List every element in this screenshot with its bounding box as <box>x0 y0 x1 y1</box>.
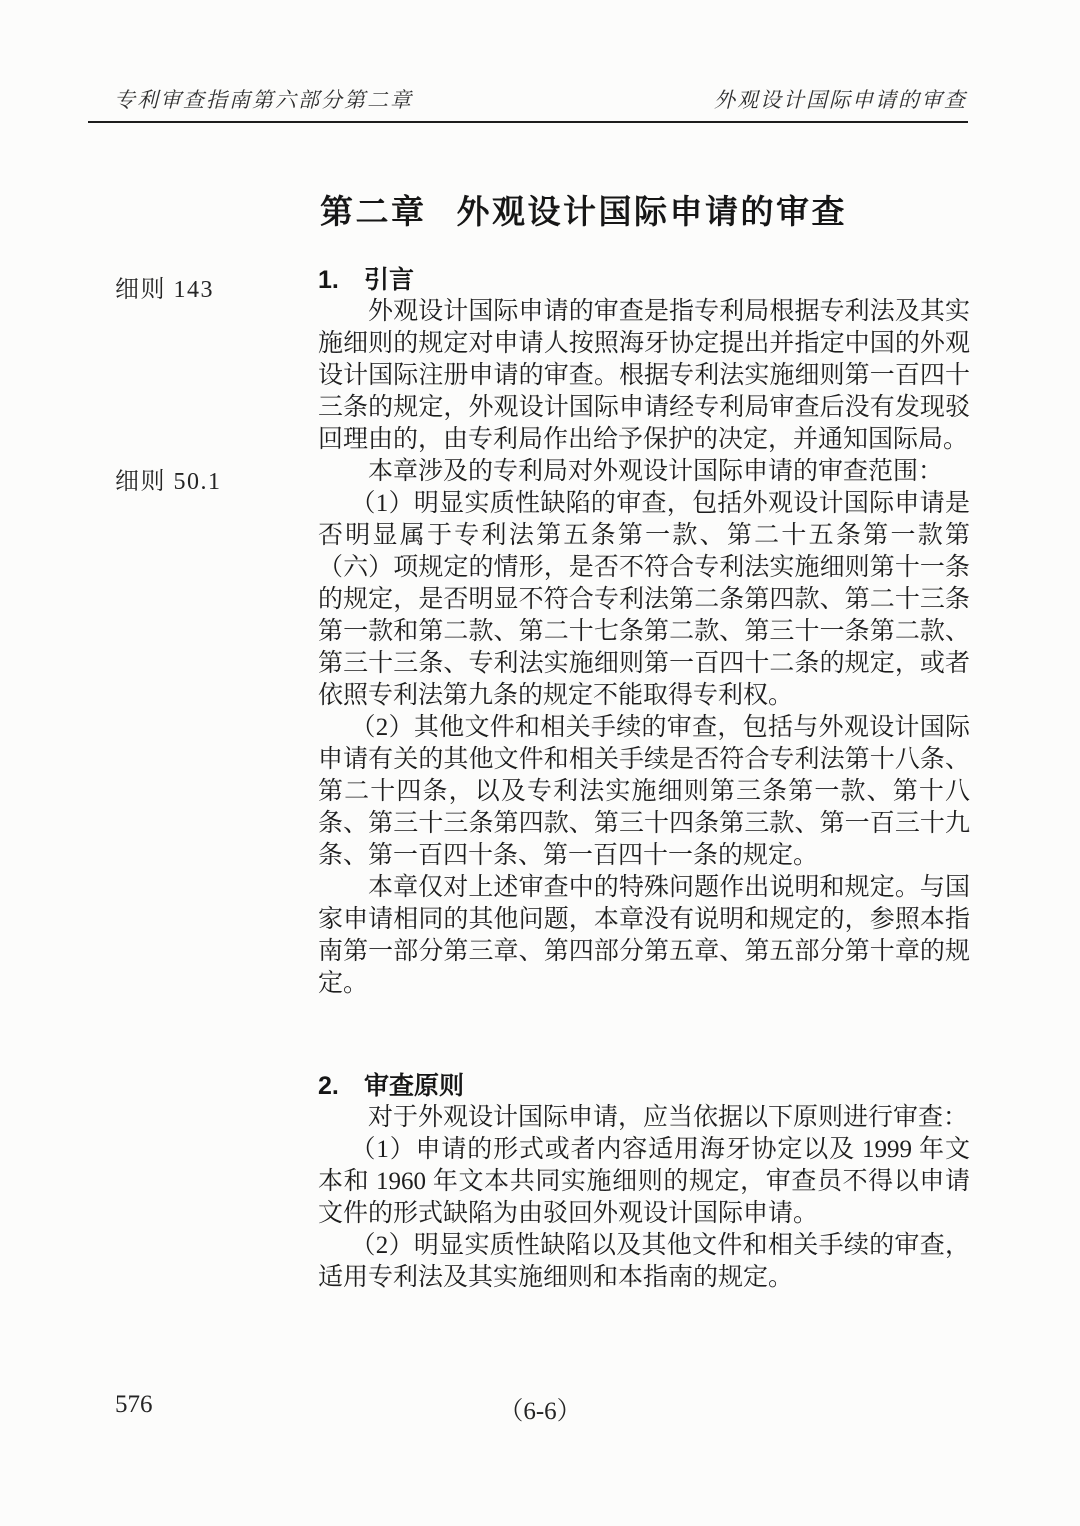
running-header: 专利审查指南第六部分第二章 外观设计国际申请的审查 <box>88 84 968 123</box>
footer-sheet-label: （6-6） <box>0 1391 1080 1427</box>
body-paragraph: 外观设计国际申请的审查是指专利局根据专利法及其实施细则的规定对申请人按照海牙协定… <box>318 296 970 456</box>
chapter-title-text: 外观设计国际申请的审查 <box>457 193 848 230</box>
margin-note-rule-143: 细则 143 <box>115 269 214 304</box>
section-2-title: 审查原则 <box>364 1070 464 1102</box>
section-2-number: 2. <box>318 1070 364 1102</box>
body-paragraph: （1）明显实质性缺陷的审查，包括外观设计国际申请是否明显属于专利法第五条第一款、… <box>318 488 970 712</box>
chapter-number: 第二章 <box>320 193 427 230</box>
body-paragraph: 本章涉及的专利局对外观设计国际申请的审查范围： <box>318 456 970 488</box>
section-1-heading: 1. 引言 <box>318 264 970 296</box>
header-left-title: 专利审查指南第六部分第二章 <box>88 84 413 114</box>
body-paragraph: （2）明显实质性缺陷以及其他文件和相关手续的审查，适用专利法及其实施细则和本指南… <box>318 1230 970 1294</box>
section-2-heading: 2. 审查原则 <box>318 1070 970 1102</box>
body-column: 1. 引言 外观设计国际申请的审查是指专利局根据专利法及其实施细则的规定对申请人… <box>318 264 970 1294</box>
section-1-title: 引言 <box>364 264 414 296</box>
document-page: 专利审查指南第六部分第二章 外观设计国际申请的审查 第二章外观设计国际申请的审查… <box>0 0 1080 1526</box>
header-right-title: 外观设计国际申请的审查 <box>714 84 968 114</box>
margin-note-rule-50-1: 细则 50.1 <box>115 461 222 496</box>
section-1-number: 1. <box>318 264 364 296</box>
chapter-title: 第二章外观设计国际申请的审查 <box>320 186 847 233</box>
body-paragraph: 本章仅对上述审查中的特殊问题作出说明和规定。与国家申请相同的其他问题，本章没有说… <box>318 872 970 1000</box>
body-paragraph: 对于外观设计国际申请，应当依据以下原则进行审查： <box>318 1102 970 1134</box>
body-paragraph: （1）申请的形式或者内容适用海牙协定以及 1999 年文本和 1960 年文本共… <box>318 1134 970 1230</box>
body-paragraph: （2）其他文件和相关手续的审查，包括与外观设计国际申请有关的其他文件和相关手续是… <box>318 712 970 872</box>
